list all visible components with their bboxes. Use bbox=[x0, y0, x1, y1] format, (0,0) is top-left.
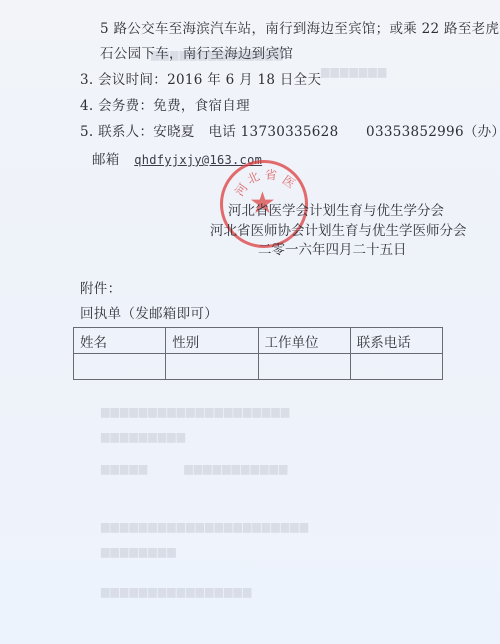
item-meeting-time: 3. 会议时间：2016 年 6 月 18 日全天 bbox=[80, 68, 321, 88]
item-contact: 5. 联系人：安晓夏 电话 13730335628 03353852996（办） bbox=[80, 120, 500, 140]
signature-org-1: 河北省医学会计划生育与优生学分会 bbox=[228, 199, 444, 219]
directions-line-2: 石公园下车，南行至海边到宾馆 bbox=[100, 42, 293, 62]
attachment-label: 附件： bbox=[80, 277, 121, 297]
bleed-through-text: ▆▆▆▆▆▆▆▆ bbox=[100, 545, 176, 558]
bleed-through-text: ▆▆▆▆▆▆▆▆▆▆▆▆▆▆▆▆▆▆▆▆ bbox=[100, 405, 289, 418]
item-number: 5. bbox=[80, 124, 93, 140]
cell-gender[interactable] bbox=[166, 354, 258, 380]
scanned-document-page: █▆▆▆▆▆▆▆▆▆▆▆▆▆ ▆▆▆▆▆▆▆ ▆▆▆▆▆▆▆▆▆▆▆▆▆▆▆▆▆… bbox=[0, 0, 500, 644]
item-label: 联系人： bbox=[98, 124, 153, 140]
item-value: 免费，食宿自理 bbox=[153, 98, 250, 114]
bleed-through-text: ▆▆▆▆▆▆▆▆▆▆▆ ▆▆▆▆▆ bbox=[100, 460, 287, 476]
stamp-text: 省 bbox=[264, 166, 277, 184]
item-value: 安晓夏 电话 13730335628 03353852996（办） bbox=[153, 124, 500, 140]
email-row: 邮箱 qhdfyjxjy@163.com bbox=[92, 148, 262, 168]
item-fee: 4. 会务费：免费，食宿自理 bbox=[80, 94, 250, 114]
item-label: 会务费： bbox=[98, 98, 153, 114]
cell-phone[interactable] bbox=[350, 354, 442, 380]
item-number: 4. bbox=[80, 98, 93, 114]
item-number: 3. bbox=[80, 72, 93, 88]
bleed-through-text: ▆▆▆▆▆▆▆ bbox=[320, 65, 386, 78]
cell-workplace[interactable] bbox=[258, 354, 350, 380]
directions-line-1: 5 路公交车至海滨汽车站，南行到海边至宾馆；或乘 22 路至老虎 bbox=[100, 17, 499, 37]
stamp-text: 北 bbox=[244, 167, 262, 187]
item-value: 2016 年 6 月 18 日全天 bbox=[167, 72, 321, 88]
table-header-row: 姓名 性别 工作单位 联系电话 bbox=[74, 328, 443, 354]
receipt-title: 回执单（发邮箱即可） bbox=[80, 302, 218, 322]
bleed-through-text: ▆▆▆▆▆▆▆▆▆▆▆▆▆▆▆▆▆▆▆▆▆▆ bbox=[100, 520, 308, 533]
bleed-through-text: ▆▆▆▆▆▆▆▆▆▆▆▆▆▆▆▆ bbox=[100, 585, 251, 598]
header-name: 姓名 bbox=[74, 328, 166, 354]
header-gender: 性别 bbox=[166, 328, 258, 354]
table-row bbox=[74, 354, 443, 380]
signature-org-2: 河北省医师协会计划生育与优生学医师分会 bbox=[210, 219, 467, 239]
signature-date: 二零一六年四月二十五日 bbox=[258, 238, 407, 258]
bleed-through-text: ▆▆▆▆▆▆▆▆▆ bbox=[100, 430, 185, 443]
receipt-table: 姓名 性别 工作单位 联系电话 bbox=[73, 327, 443, 380]
cell-name[interactable] bbox=[74, 354, 166, 380]
email-label: 邮箱 bbox=[92, 152, 120, 168]
stamp-text: 医 bbox=[279, 171, 299, 192]
item-label: 会议时间： bbox=[98, 72, 167, 88]
header-workplace: 工作单位 bbox=[258, 328, 350, 354]
header-phone: 联系电话 bbox=[350, 328, 442, 354]
